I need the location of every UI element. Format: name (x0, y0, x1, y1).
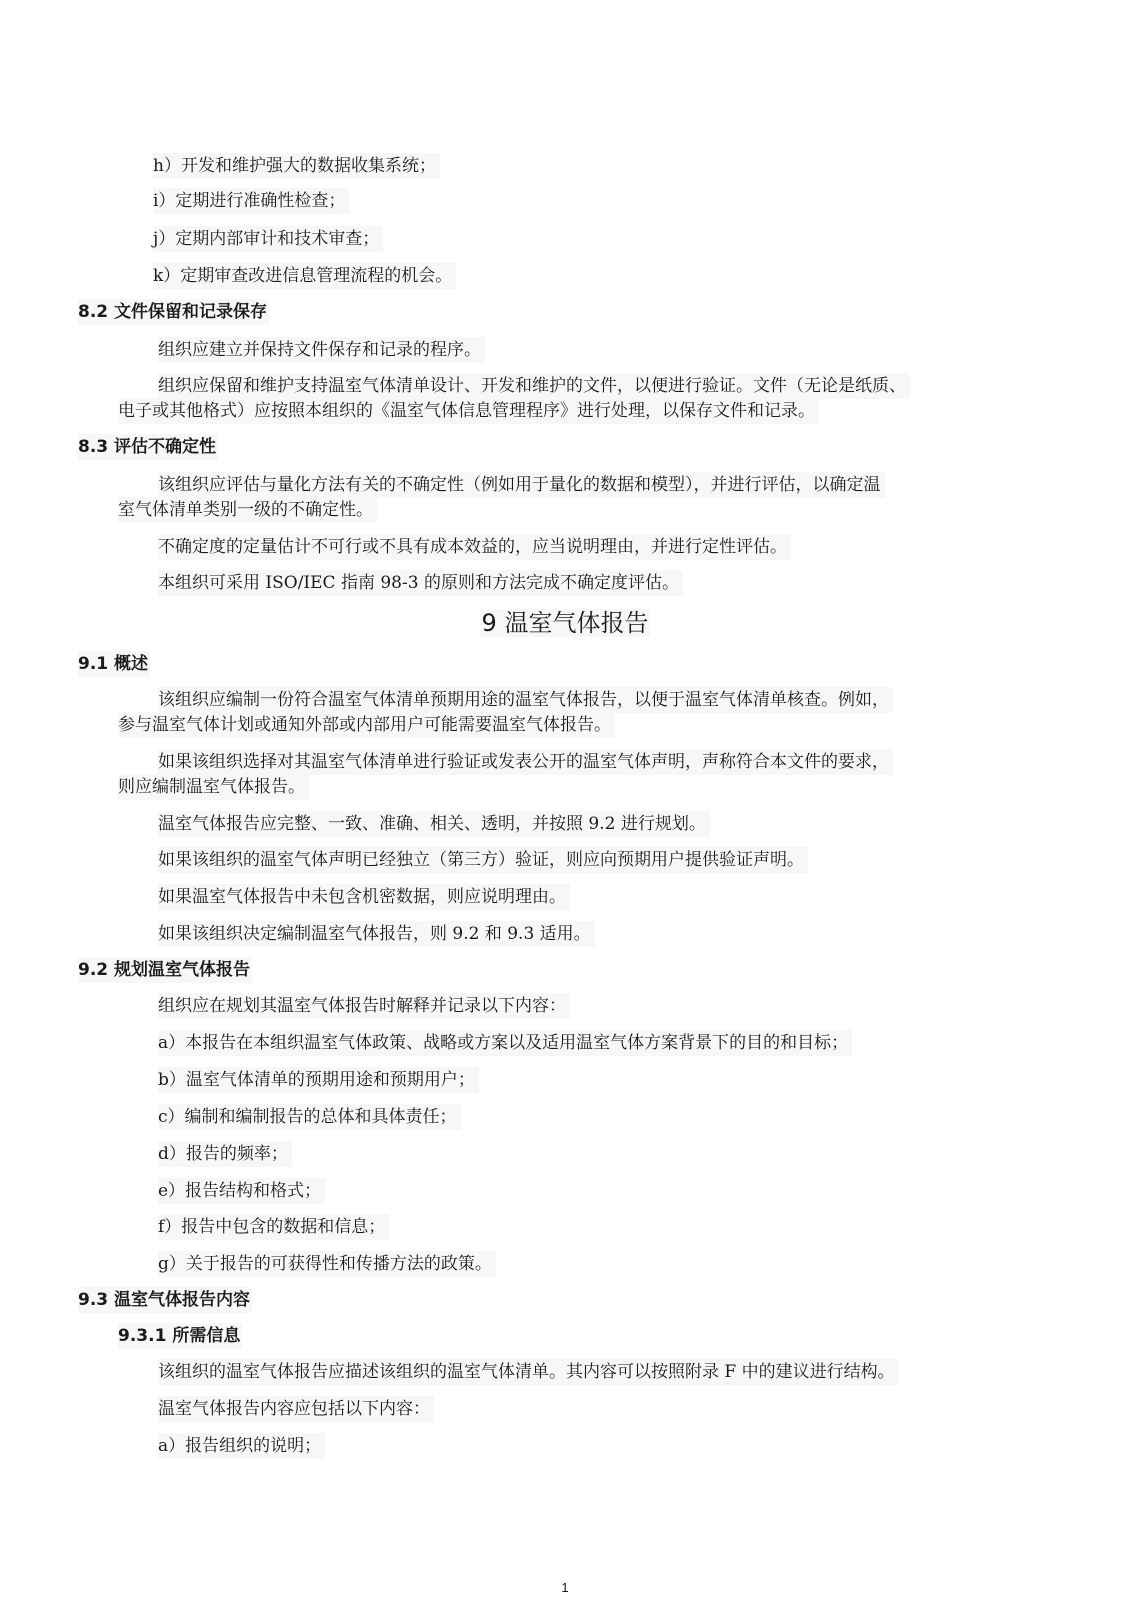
list-item: c）编制和编制报告的总体和具体责任； (158, 1104, 461, 1130)
section-heading-9-2: 9.2 规划温室气体报告 (78, 957, 252, 983)
list-item: f）报告中包含的数据和信息； (158, 1214, 389, 1240)
section-heading-9-3: 9.3 温室气体报告内容 (78, 1287, 252, 1313)
paragraph: 该组织的温室气体报告应描述该组织的温室气体清单。其内容可以按照附录 F 中的建议… (158, 1359, 899, 1385)
list-item: h）开发和维护强大的数据收集系统； (153, 153, 440, 179)
paragraph: 如果该组织的温室气体声明已经独立（第三方）验证，则应向预期用户提供验证声明。 (158, 847, 808, 873)
paragraph: 如果温室气体报告中未包含机密数据，则应说明理由。 (158, 884, 570, 910)
paragraph: 不确定度的定量估计不可行或不具有成本效益的，应当说明理由，并进行定性评估。 (158, 534, 791, 560)
paragraph: 该组织应编制一份符合温室气体清单预期用途的温室气体报告，以便于温室气体清单核查。… (158, 687, 893, 713)
list-item: b）温室气体清单的预期用途和预期用户； (158, 1067, 479, 1093)
section-heading-8-3: 8.3 评估不确定性 (78, 434, 218, 460)
paragraph: 如果该组织选择对其温室气体清单进行验证或发表公开的温室气体声明，声称符合本文件的… (158, 749, 893, 775)
list-item: j）定期内部审计和技术审查； (153, 226, 383, 252)
paragraph: 该组织应评估与量化方法有关的不确定性（例如用于量化的数据和模型），并进行评估，以… (158, 472, 885, 498)
paragraph: 如果该组织决定编制温室气体报告，则 9.2 和 9.3 适用。 (158, 921, 595, 947)
paragraph: 电子或其他格式）应按照本组织的《温室气体信息管理程序》进行处理，以保存文件和记录… (118, 398, 819, 424)
list-item: a）报告组织的说明； (158, 1433, 325, 1459)
paragraph: 参与温室气体计划或通知外部或内部用户可能需要温室气体报告。 (118, 712, 615, 738)
chapter-title: 9 温室气体报告 (0, 606, 1130, 640)
paragraph: 温室气体报告应完整、一致、准确、相关、透明，并按照 9.2 进行规划。 (158, 811, 710, 837)
section-heading-9-1: 9.1 概述 (78, 651, 150, 677)
paragraph: 温室气体报告内容应包括以下内容： (158, 1396, 434, 1422)
list-item: d）报告的频率； (158, 1141, 292, 1167)
subsection-heading-9-3-1: 9.3.1 所需信息 (118, 1323, 242, 1349)
list-item: e）报告结构和格式； (158, 1178, 325, 1204)
list-item: k）定期审查改进信息管理流程的机会。 (153, 263, 456, 289)
paragraph: 则应编制温室气体报告。 (118, 774, 309, 800)
paragraph: 组织应建立并保持文件保存和记录的程序。 (158, 337, 485, 363)
paragraph: 室气体清单类别一级的不确定性。 (118, 497, 377, 523)
page-number: 1 (0, 1580, 1130, 1595)
list-item: g）关于报告的可获得性和传播方法的政策。 (158, 1251, 496, 1277)
paragraph: 组织应在规划其温室气体报告时解释并记录以下内容： (158, 993, 570, 1019)
chapter-title-text: 9 温室气体报告 (480, 609, 651, 637)
list-item: i）定期进行准确性检查； (153, 188, 349, 214)
list-item: a）本报告在本组织温室气体政策、战略或方案以及适用温室气体方案背景下的目的和目标… (158, 1030, 852, 1056)
paragraph: 组织应保留和维护支持温室气体清单设计、开发和维护的文件，以便进行验证。文件（无论… (158, 373, 910, 399)
paragraph: 本组织可采用 ISO/IEC 指南 98-3 的原则和方法完成不确定度评估。 (158, 570, 683, 596)
section-heading-8-2: 8.2 文件保留和记录保存 (78, 299, 269, 325)
